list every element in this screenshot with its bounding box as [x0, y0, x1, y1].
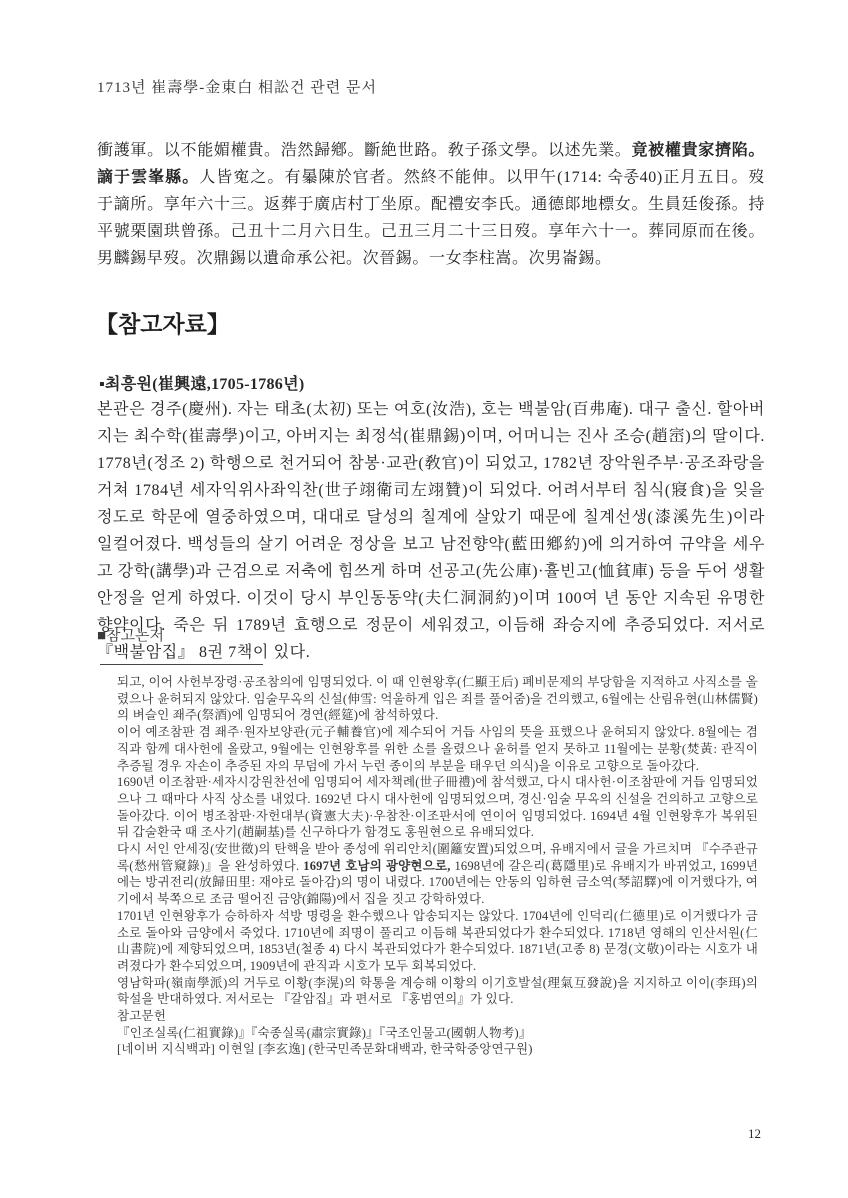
- footnote-body: 되고, 이어 사헌부장령·공조참의에 임명되었다. 이 때 인현왕후(仁顯王后)…: [117, 674, 758, 1058]
- footnote-paragraph: [네이버 지식백과] 이현일 [李玄逸] (한국민족문화대백과, 한국학중앙연구…: [117, 1041, 758, 1058]
- footnote-separator: [100, 664, 263, 665]
- document-page: 1713년 崔壽學-金東白 相訟건 관련 문서 衝護軍。以不能媚權貴。浩然歸鄕。…: [0, 0, 848, 1198]
- footnote-paragraph: 『인조실록(仁祖實錄)』『숙종실록(肅宗實錄)』『국조인물고(國朝人物考)』: [117, 1025, 758, 1042]
- page-number: 12: [748, 1126, 761, 1142]
- person-entry-heading: ▪최흥원(崔興遠,1705-1786년): [99, 371, 304, 394]
- person-biography-paragraph: 본관은 경주(慶州). 자는 태초(太初) 또는 여호(汝浩), 호는 백불암(…: [97, 396, 765, 666]
- footnote-paragraph: 참고문헌: [117, 1008, 758, 1025]
- footnote-block: 되고, 이어 사헌부장령·공조참의에 임명되었다. 이 때 인현왕후(仁顯王后)…: [100, 664, 758, 1058]
- footnote-paragraph: 이어 예조참판 겸 좨주·원자보양관(元子輔養官)에 제수되어 거듭 사임의 뜻…: [117, 724, 758, 774]
- footnote-paragraph: 1701년 인현왕후가 승하하자 석방 명령을 환수했으나 압송되지는 않았다.…: [117, 908, 758, 975]
- header-title: 1713년 崔壽學-金東白 相訟건 관련 문서: [97, 76, 377, 97]
- footnote-paragraph: 다시 서인 안세징(安世徵)의 탄핵을 받아 종성에 위리안치(圍籬安置)되었으…: [117, 841, 758, 908]
- classical-text-paragraph: 衝護軍。以不能媚權貴。浩然歸鄕。斷絶世路。敎子孫文學。以述先業。竟被權貴家擠陷。…: [97, 137, 765, 272]
- footnote-paragraph: 영남학파(嶺南學派)의 거두로 이황(李滉)의 학통을 계승해 이황의 이기호발…: [117, 975, 758, 1008]
- reference-section-title: 【참고자료】: [95, 306, 230, 339]
- footnote-paragraph: 1690년 이조참판·세자시강원찬선에 임명되어 세자책례(世子冊禮)에 참석했…: [117, 774, 758, 841]
- bibliography-heading: ■참고논저: [97, 624, 164, 645]
- footnote-paragraph: 되고, 이어 사헌부장령·공조참의에 임명되었다. 이 때 인현왕후(仁顯王后)…: [117, 674, 758, 724]
